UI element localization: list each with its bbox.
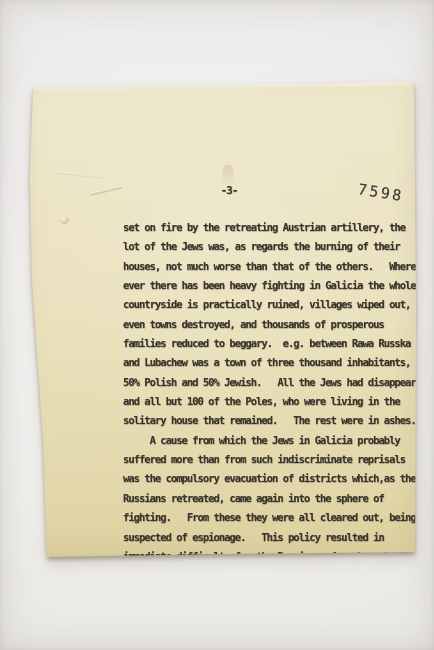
paper-crease [56,172,102,179]
scan-backdrop: -3- 7598 set on fire by the retreating A… [0,0,434,650]
paper-dimple [60,216,69,224]
document-page: -3- 7598 set on fire by the retreating A… [20,78,420,560]
page-number: -3- [213,184,245,197]
typed-text-body: set on fire by the retreating Austrian a… [123,219,426,606]
paper-top-edge-highlight [34,82,412,92]
ink-speck [146,565,148,568]
handwritten-reference-number: 7598 [357,180,405,205]
paper-crease [90,185,123,195]
